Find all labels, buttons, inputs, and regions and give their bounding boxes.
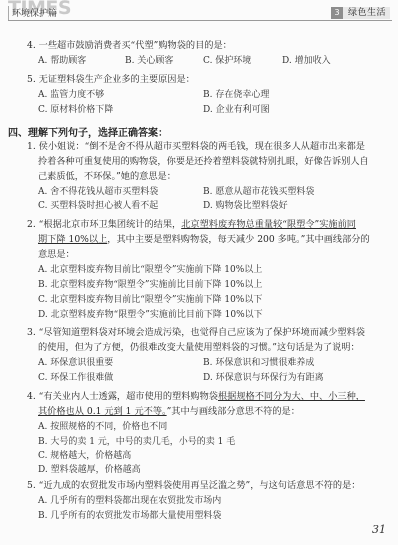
question-stem: 5. 无证塑料袋生产企业多的主要原因是： xyxy=(27,74,195,86)
option-b: B. 愿意从超市花钱买塑料袋 xyxy=(203,186,314,198)
option-c: C. 买塑料袋时担心被人看不起 xyxy=(38,200,158,212)
question-stem: 4. 一些超市鼓励消费者买“代塑”购物袋的目的是： xyxy=(27,40,232,52)
option-a: A. 北京塑料废弃物目前比“限塑令”实施前下降 10%以上 xyxy=(38,264,262,276)
option-c: C. 规格越大，价格越高 xyxy=(38,450,131,462)
option-c: C. 环保工作很难做 xyxy=(38,372,113,384)
question-text: 4. “有关业内人士透露，超市使用的塑料购物袋 xyxy=(27,391,218,402)
option-c: C. 保护环境 xyxy=(203,55,251,67)
option-b: B. 北京塑料废弃物“限塑令”实施前比目前下降 10%以上 xyxy=(38,279,262,291)
option-b: B. 关心顾客 xyxy=(125,55,173,67)
underlined-text: 期下降 10%以上 xyxy=(38,234,107,245)
option-b: B. 大号的卖 1 元，中号的卖几毛，小号的卖 1 毛 xyxy=(38,436,235,448)
book-title: 环境保护篇 xyxy=(12,9,57,20)
question-text: ，其中主要是塑料购物袋，每天减少 200 多吨。”其中画线部分的 xyxy=(107,234,369,245)
option-d: D. 塑料袋越厚，价格越高 xyxy=(38,464,141,476)
option-b: B. 几乎所有的农贸批发市场都大量使用塑料袋 xyxy=(38,510,221,522)
option-a: A. 监管力度不够 xyxy=(38,89,104,101)
page-number: 31 xyxy=(372,523,386,536)
option-d: D. 环保意识与环保行为有距离 xyxy=(203,372,324,384)
page-header: TIMES 环境保护篇 3 绿色生活 xyxy=(0,0,398,24)
option-d: D. 增加收入 xyxy=(282,55,331,67)
header-divider xyxy=(8,20,392,21)
question-line: 5. “近九成的农贸批发市场内塑料袋使用再呈泛滥之势”，与这句话意思不符的是： xyxy=(27,480,360,492)
option-a: A. 舍不得花钱从超市买塑料袋 xyxy=(38,186,158,198)
question-line: 其价格也从 0.1 元到 1 元不等。”其中与画线部分意思不符的是： xyxy=(38,406,300,418)
section-title: 四、理解下列句子，选择正确答案： xyxy=(8,124,168,139)
question-line: 拎着各种可重复使用的购物袋，你要是还拎着塑料袋就特别扎眼，好像告诉别人自 xyxy=(38,156,369,168)
question-line: 期下降 10%以上，其中主要是塑料购物袋，每天减少 200 多吨。”其中画线部分… xyxy=(38,234,370,246)
question-text: ”其中与画线部分意思不符的是： xyxy=(167,406,300,417)
option-d: D. 购物袋比塑料袋好 xyxy=(203,200,288,212)
option-c: C. 北京塑料废弃物目前比“限塑令”实施前下降 10%以下 xyxy=(38,294,262,306)
chapter-title: 绿色生活 xyxy=(343,7,390,19)
option-d: D. 企业有利可图 xyxy=(203,104,270,116)
question-line: 2. “根据北京市环卫集团统计的结果，北京塑料废弃物总重量较“限塑令”实施前同 xyxy=(27,219,356,231)
option-b: B. 环保意识和习惯很难养成 xyxy=(203,357,314,369)
question-line: 3. “尽管知道塑料袋对环境会造成污染，也觉得自己应该为了保护环境而减少塑料袋 xyxy=(27,327,365,339)
option-d: D. 北京塑料废弃物“限塑令”实施前比目前下降 10%以下 xyxy=(38,309,263,321)
question-line: 4. “有关业内人士透露，超市使用的塑料购物袋根据规格不同分为大、中、小三种， xyxy=(27,391,365,403)
question-line: 的使用，但为了方便，仍很难改变大量使用塑料袋的习惯。”这句话是为了说明： xyxy=(38,342,360,354)
chapter-badge: 3 绿色生活 xyxy=(331,7,390,19)
option-a: A. 按照规格的不同，价格也不同 xyxy=(38,421,167,433)
underlined-text: 根据规格不同分为大、中、小三种， xyxy=(218,391,365,402)
option-a: A. 几乎所有的塑料袋都出现在农贸批发市场内 xyxy=(38,495,221,507)
question-line: 1. 侯小姐说：“倒不是舍不得从超市买塑料袋的两毛钱，现在很多人从超市出来都是 xyxy=(27,141,365,153)
underlined-text: 北京塑料废弃物总重量较“限塑令”实施前同 xyxy=(181,219,356,230)
underlined-text: 其价格也从 0.1 元到 1 元不等。 xyxy=(38,406,167,417)
header-divider-left xyxy=(8,6,9,21)
question-line: 己素质低，不环保。”她的意思是： xyxy=(38,171,176,183)
option-c: C. 原材料价格下降 xyxy=(38,104,113,116)
chapter-number: 3 xyxy=(331,7,343,19)
option-a: A. 环保意识很重要 xyxy=(38,357,113,369)
option-a: A. 帮助顾客 xyxy=(38,55,86,67)
question-line: 意思是： xyxy=(38,249,75,261)
question-text: 2. “根据北京市环卫集团统计的结果， xyxy=(27,219,181,230)
option-b: B. 存在侥幸心理 xyxy=(203,89,269,101)
